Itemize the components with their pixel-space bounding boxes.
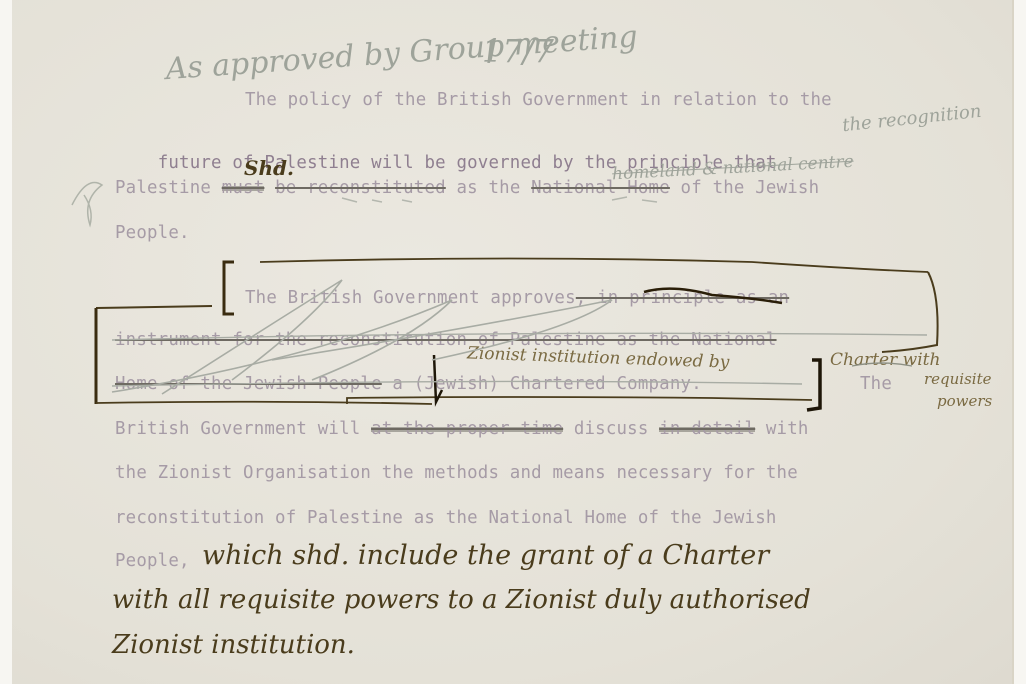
para2-line7: People, (115, 551, 190, 571)
ink-closing-line3: Zionist institution. (112, 630, 355, 660)
ink-insert-requisite: requisite (924, 370, 992, 388)
para2-line2: instrument for the reconstitution of Pal… (115, 330, 777, 350)
ink-insert-charter-with: Charter with (830, 350, 940, 370)
page-right-edge (1014, 0, 1026, 684)
document-page: As approved by Group meeting 17/7 The po… (12, 0, 1014, 684)
ink-insert-powers: powers (937, 392, 992, 410)
ink-closing-line1: which shd. include the grant of a Charte… (202, 540, 769, 571)
para2-line4: British Government will at the proper ti… (115, 419, 809, 439)
para2-line6: reconstitution of Palestine as the Natio… (115, 508, 777, 528)
para1-line1: The policy of the British Government in … (245, 90, 832, 110)
para1-line4: People. (115, 223, 190, 243)
para2-line5: the Zionist Organisation the methods and… (115, 463, 798, 483)
para2-line3: Home of the Jewish People a (Jewish) Cha… (115, 374, 702, 394)
shd-insertion-annotation: Shd. (244, 156, 294, 180)
ink-closing-line2: with all requisite powers to a Zionist d… (112, 585, 811, 615)
para1-line3: Palestine must be reconstituted as the N… (115, 178, 819, 198)
para2-line3-the: The (860, 374, 892, 394)
pencil-margin-note-recognition: the recognition (841, 101, 982, 136)
pencil-header-date: 17/7 (482, 32, 554, 70)
para2-line1: The British Government approves, in prin… (245, 288, 789, 308)
